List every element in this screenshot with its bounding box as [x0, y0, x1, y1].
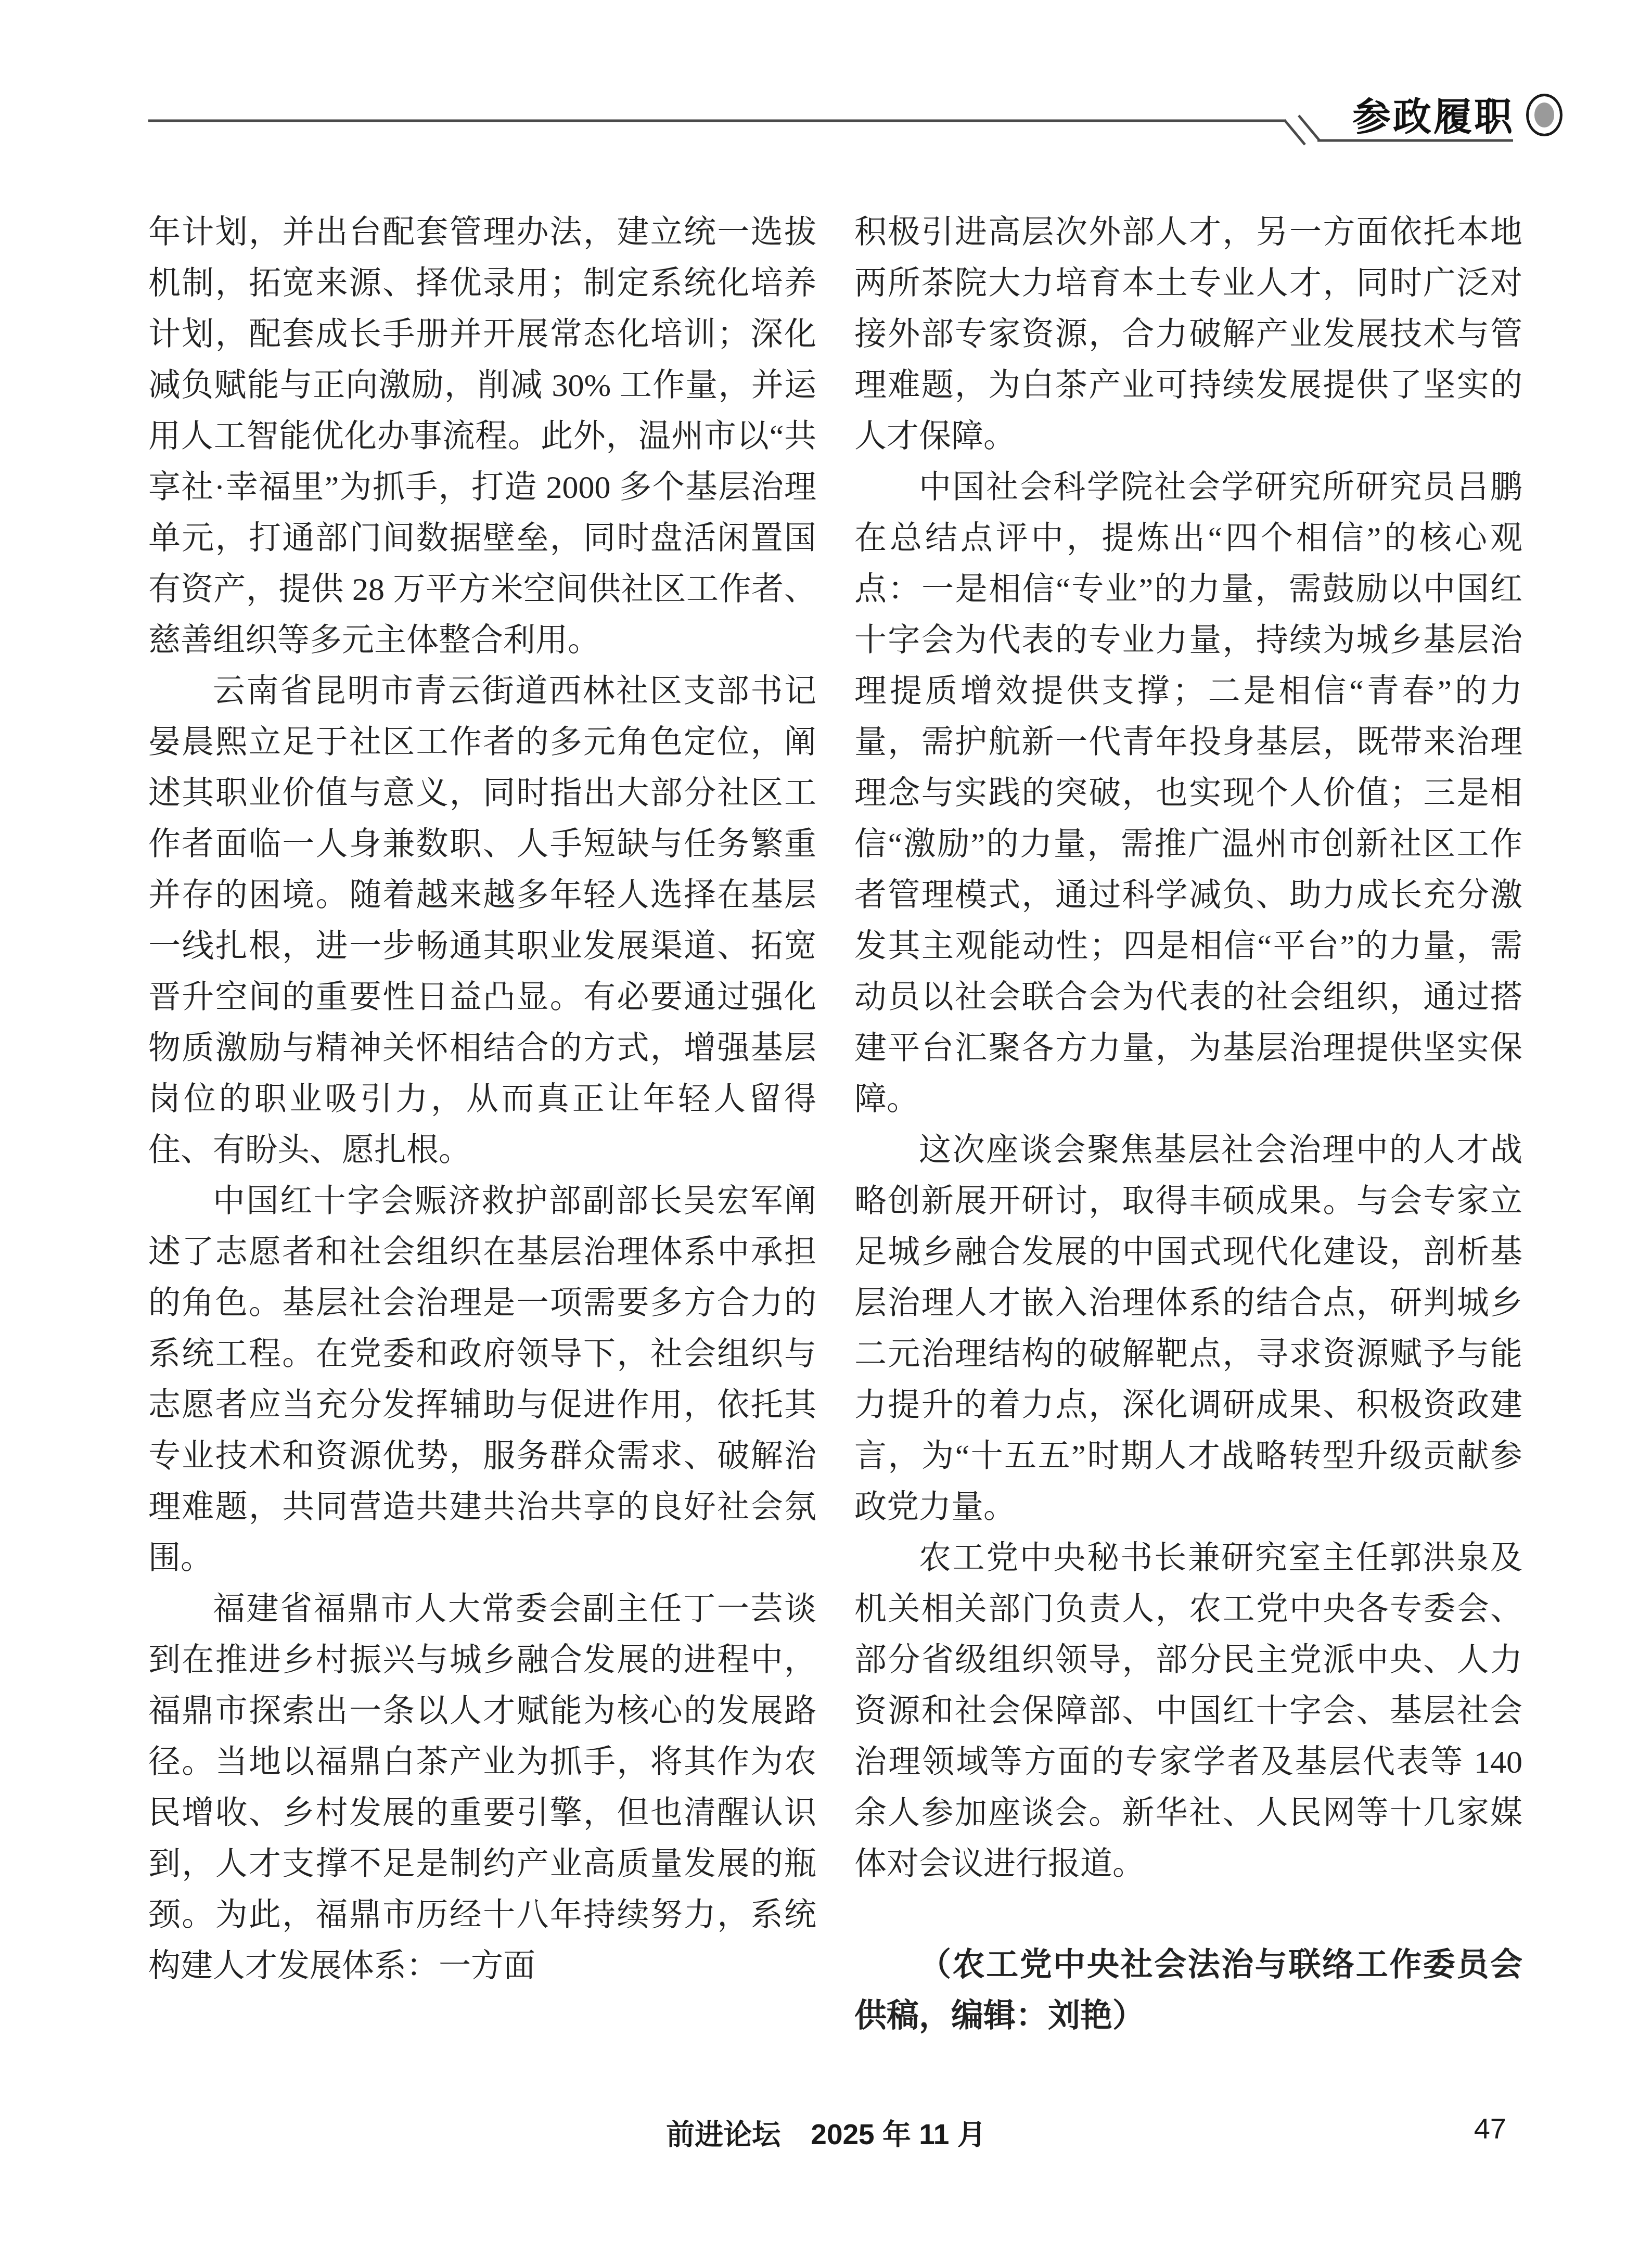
left-column: 年计划，并出台配套管理办法，建立统一选拔机制，拓宽来源、择优录用；制定系统化培养…: [148, 207, 816, 1992]
paragraph: 这次座谈会聚焦基层社会治理中的人才战略创新展开研讨，取得丰硕成果。与会专家立足城…: [854, 1125, 1522, 1533]
right-column: 积极引进高层次外部人才，另一方面依托本地两所茶院大力培育本土专业人才，同时广泛对…: [854, 207, 1522, 2042]
section-bullet-icon: [1526, 94, 1563, 136]
paragraph-continuation: 年计划，并出台配套管理办法，建立统一选拔机制，拓宽来源、择优录用；制定系统化培养…: [148, 207, 816, 666]
header-rule-line: [0, 0, 1652, 166]
paragraph: 农工党中央秘书长兼研究室主任郭洪泉及机关相关部门负责人，农工党中央各专委会、部分…: [854, 1533, 1522, 1890]
magazine-page: 参政履职 年计划，并出台配套管理办法，建立统一选拔机制，拓宽来源、择优录用；制定…: [0, 0, 1652, 2242]
paragraph: 中国社会科学院社会学研究所研究员吕鹏在总结点评中，提炼出“四个相信”的核心观点：…: [854, 462, 1522, 1125]
section-title: 参政履职: [1352, 86, 1515, 142]
paragraph: 中国红十字会赈济救护部副部长吴宏军阐述了志愿者和社会组织在基层治理体系中承担的角…: [148, 1176, 816, 1584]
paragraph: 福建省福鼎市人大常委会副主任丁一芸谈到在推进乡村振兴与城乡融合发展的进程中，福鼎…: [148, 1584, 816, 1992]
attribution-note: （农工党中央社会法治与联络工作委员会供稿，编辑：刘艳）: [854, 1940, 1522, 2042]
section-bullet-inner-dot: [1534, 103, 1554, 127]
paragraph: 云南省昆明市青云街道西林社区支部书记晏晨熙立足于社区工作者的多元角色定位，阐述其…: [148, 666, 816, 1176]
paragraph-continuation: 积极引进高层次外部人才，另一方面依托本地两所茶院大力培育本土专业人才，同时广泛对…: [854, 207, 1522, 462]
journal-name: 前进论坛: [666, 2118, 780, 2150]
page-number: 47: [1474, 2111, 1506, 2145]
footer: 前进论坛2025 年 11 月: [0, 2111, 1652, 2153]
issue-date: 2025 年 11 月: [811, 2118, 985, 2150]
